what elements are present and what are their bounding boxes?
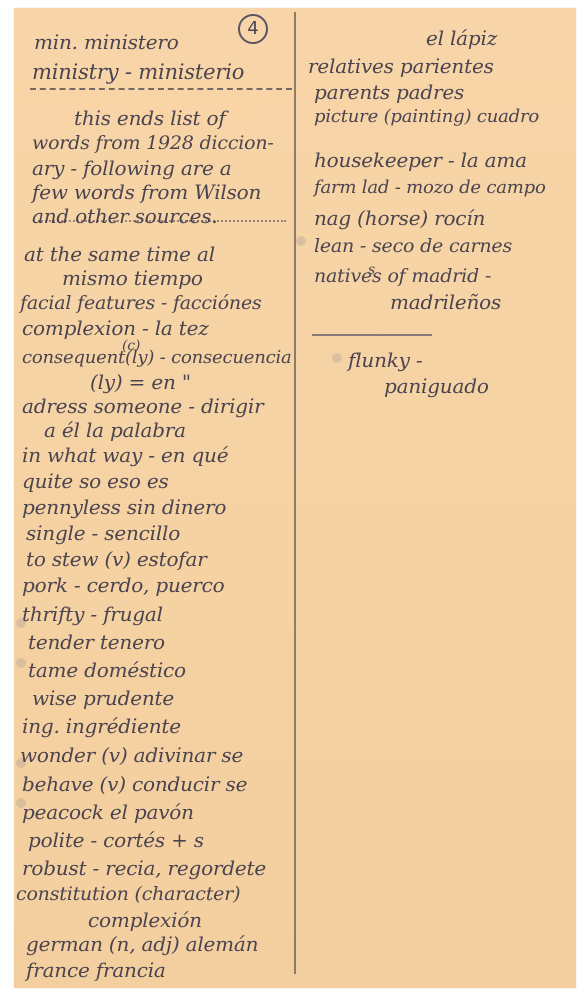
left-line: complexión [88, 908, 202, 932]
left-line: tame doméstico [28, 658, 186, 682]
left-line: (ly) = en " [90, 370, 191, 394]
dashed-separator [30, 88, 292, 90]
right-line: farm lad - mozo de campo [314, 176, 546, 200]
left-line: complexion - la tez [22, 316, 209, 340]
left-line: constitution (character) [16, 882, 240, 906]
punch-hole-mark [16, 658, 26, 668]
left-line: adress someone - dirigir [22, 394, 263, 418]
left-line: pork - cerdo, puerco [22, 573, 224, 597]
left-line: a él la palabra [44, 418, 186, 442]
horizontal-rule [312, 334, 432, 336]
punch-hole-mark [296, 236, 306, 246]
page-number: 4 [238, 14, 268, 44]
column-divider [294, 12, 296, 974]
left-line: facial features - facciónes [20, 291, 262, 315]
left-line: words from 1928 diccion- [32, 131, 274, 155]
left-line: ministry - ministerio [32, 60, 244, 84]
right-line: natives of madrid - [314, 264, 491, 288]
note-card: 4 min. ministero ministry - ministerio t… [14, 8, 576, 988]
right-line: el lápiz [426, 26, 497, 50]
left-line: france francia [26, 958, 166, 982]
left-line: thrifty - frugal [22, 602, 163, 626]
left-line: german (n, adj) alemán [26, 932, 258, 956]
right-line: flunky - [348, 348, 423, 372]
left-line: single - sencillo [26, 521, 180, 545]
right-line: picture (painting) cuadro [314, 105, 539, 129]
right-line: parents padres [314, 80, 464, 104]
punch-hole-mark [332, 353, 342, 363]
left-line: wonder (v) adivinar se [20, 743, 243, 767]
left-line: few words from Wilson [32, 180, 261, 204]
left-line: ing. ingrédiente [22, 714, 181, 738]
left-line: to stew (v) estofar [26, 547, 207, 571]
right-line: madrileños [390, 290, 501, 314]
right-line: lean - seco de carnes [314, 234, 512, 258]
right-line: relatives parientes [308, 54, 494, 78]
right-line: housekeeper - la ama [314, 148, 527, 172]
right-line: nag (horse) rocín [314, 206, 485, 230]
left-line: consequent(ly) - consecuencia [22, 346, 292, 370]
left-line: tender tenero [28, 630, 165, 654]
dotted-separator [38, 220, 286, 222]
left-line: at the same time al [24, 242, 215, 266]
left-line: quite so eso es [22, 469, 169, 493]
left-line: mismo tiempo [62, 266, 203, 290]
right-line: paniguado [384, 374, 489, 398]
left-line: in what way - en qué [22, 443, 228, 467]
left-line: pennyless sin dinero [22, 495, 226, 519]
left-line: robust - recia, regordete [22, 856, 266, 880]
left-line: ary - following are a [32, 156, 232, 180]
left-line: wise prudente [32, 686, 174, 710]
left-line: this ends list of [74, 106, 226, 130]
left-line: and other sources. [32, 204, 217, 228]
left-line: min. ministero [34, 30, 179, 54]
left-line: peacock el pavón [22, 800, 194, 824]
left-line: behave (v) conducir se [22, 772, 247, 796]
left-line: polite - cortés + s [28, 828, 204, 852]
